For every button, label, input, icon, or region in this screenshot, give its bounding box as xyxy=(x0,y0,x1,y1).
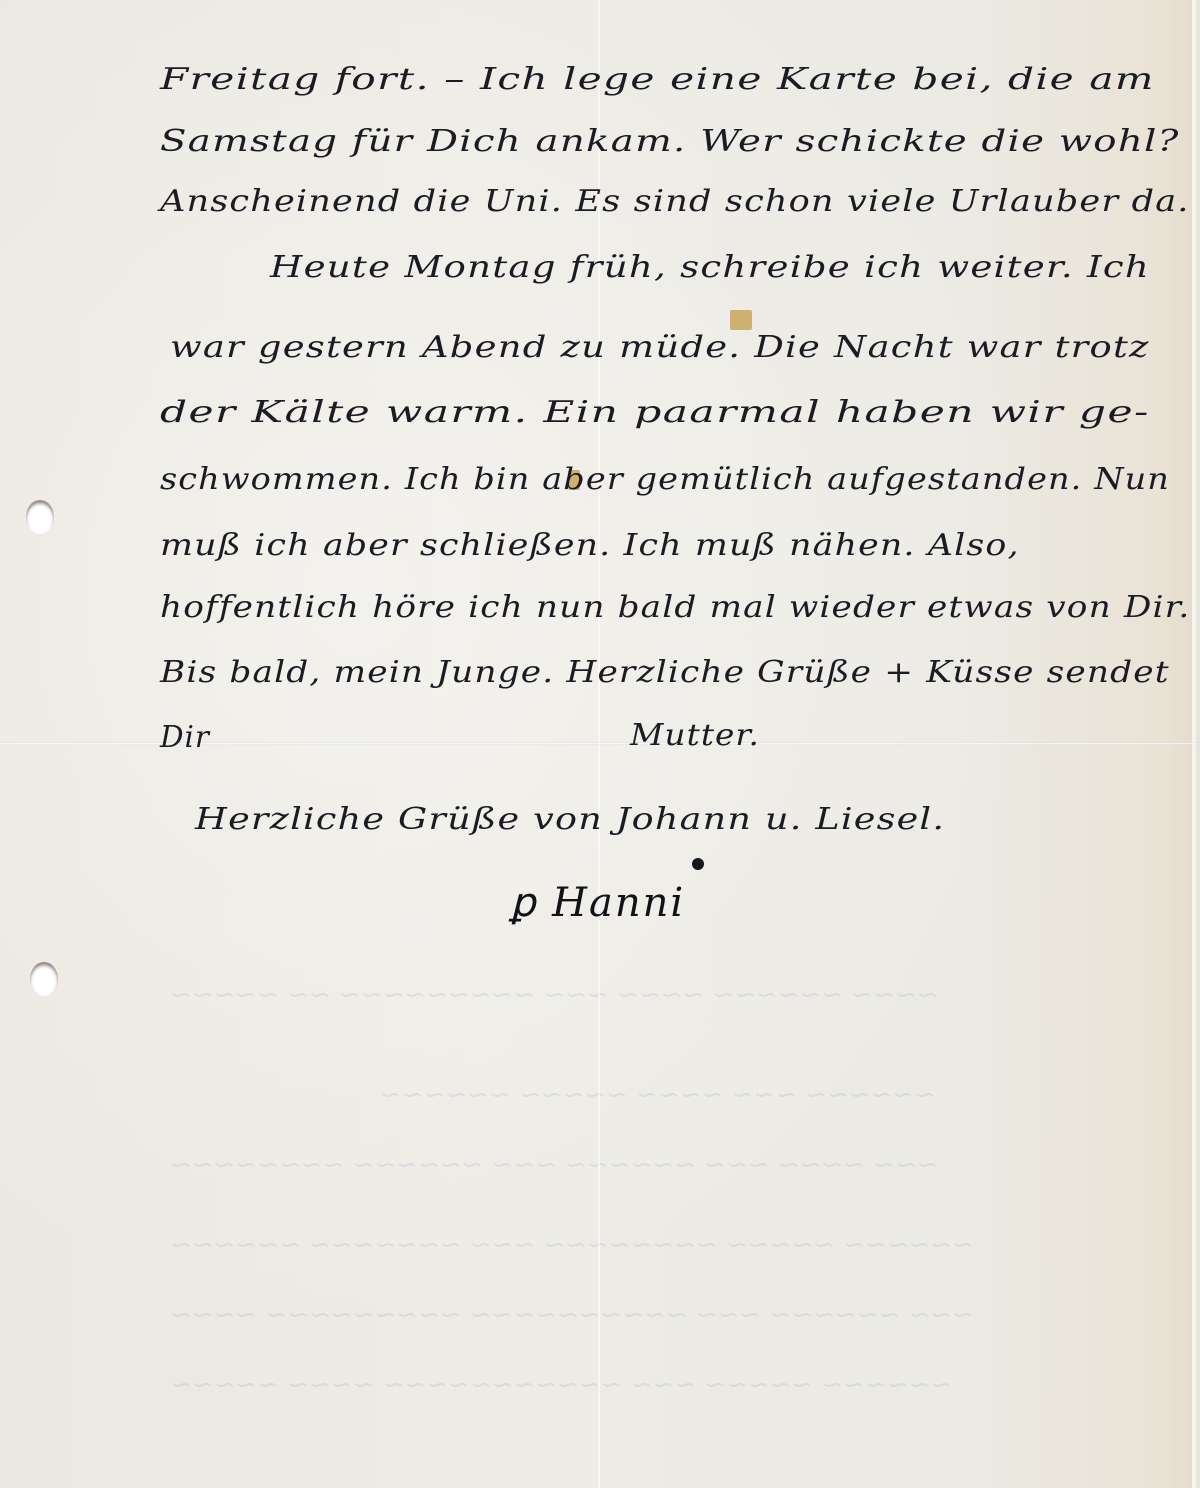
bleed-through-text: ~~~ ~~~~ ~~~ ~~~~~~ ~~~ ~~~~~~ ~~~~~~~~ xyxy=(170,1150,939,1180)
bleed-through-text: ~~~~~~ ~~~ ~~~~ ~~~~~ ~~~~~~ xyxy=(380,1080,936,1110)
letter-page: ~~~~ ~~~~~~ ~~~~ ~~~ ~~~~~~~~~ ~~ ~~~~~ … xyxy=(0,0,1196,1488)
letter-line-10: Bis bald, mein Junge. Herzliche Grüße + … xyxy=(160,655,1170,690)
letter-line-5: war gestern Abend zu müde. Die Nacht war… xyxy=(170,330,1150,365)
letter-line-4: Heute Montag früh, schreibe ich weiter. … xyxy=(270,250,1150,285)
letter-closing-dir: Dir xyxy=(160,720,210,755)
punch-hole-top xyxy=(26,500,54,534)
bleed-through-text: ~~~~ ~~~~~~ ~~~~ ~~~ ~~~~~~~~~ ~~ ~~~~~ xyxy=(170,980,939,1010)
letter-line-9: hoffentlich höre ich nun bald mal wieder… xyxy=(160,590,1190,625)
bleed-through-text: ~~~~~~ ~~~~~ ~~~~~~~~ ~~~ ~~~~~~~ ~~~~~~ xyxy=(170,1230,974,1260)
letter-line-7: schwommen. Ich bin aber gemütlich aufges… xyxy=(160,462,1170,497)
letter-postscript: Herzliche Grüße von Johann u. Liesel. xyxy=(195,802,945,837)
bleed-through-text: ~~~ ~~~~~~ ~~~ ~~~~~~~~~~ ~~~~~~~~~ ~~~~ xyxy=(170,1300,974,1330)
bleed-through-text: ~~~~~~ ~~~~~ ~~~ ~~~~~~~~~~~ ~~~~ ~~~~~ xyxy=(170,1370,952,1400)
tape-stain xyxy=(730,310,752,330)
punch-hole-bottom xyxy=(30,962,58,996)
signature-ink-dot xyxy=(692,858,704,870)
letter-line-6: der Kälte warm. Ein paarmal haben wir ge… xyxy=(160,395,1150,430)
signature: ꝑ Hanni xyxy=(510,880,685,926)
letter-line-1: Freitag fort. – Ich lege eine Karte bei,… xyxy=(160,62,1155,97)
letter-line-2: Samstag für Dich ankam. Wer schickte die… xyxy=(160,124,1180,159)
letter-closing-mutter: Mutter. xyxy=(630,718,760,753)
letter-line-3: Anscheinend die Uni. Es sind schon viele… xyxy=(160,184,1190,219)
letter-line-8: muß ich aber schließen. Ich muß nähen. A… xyxy=(160,528,1020,563)
